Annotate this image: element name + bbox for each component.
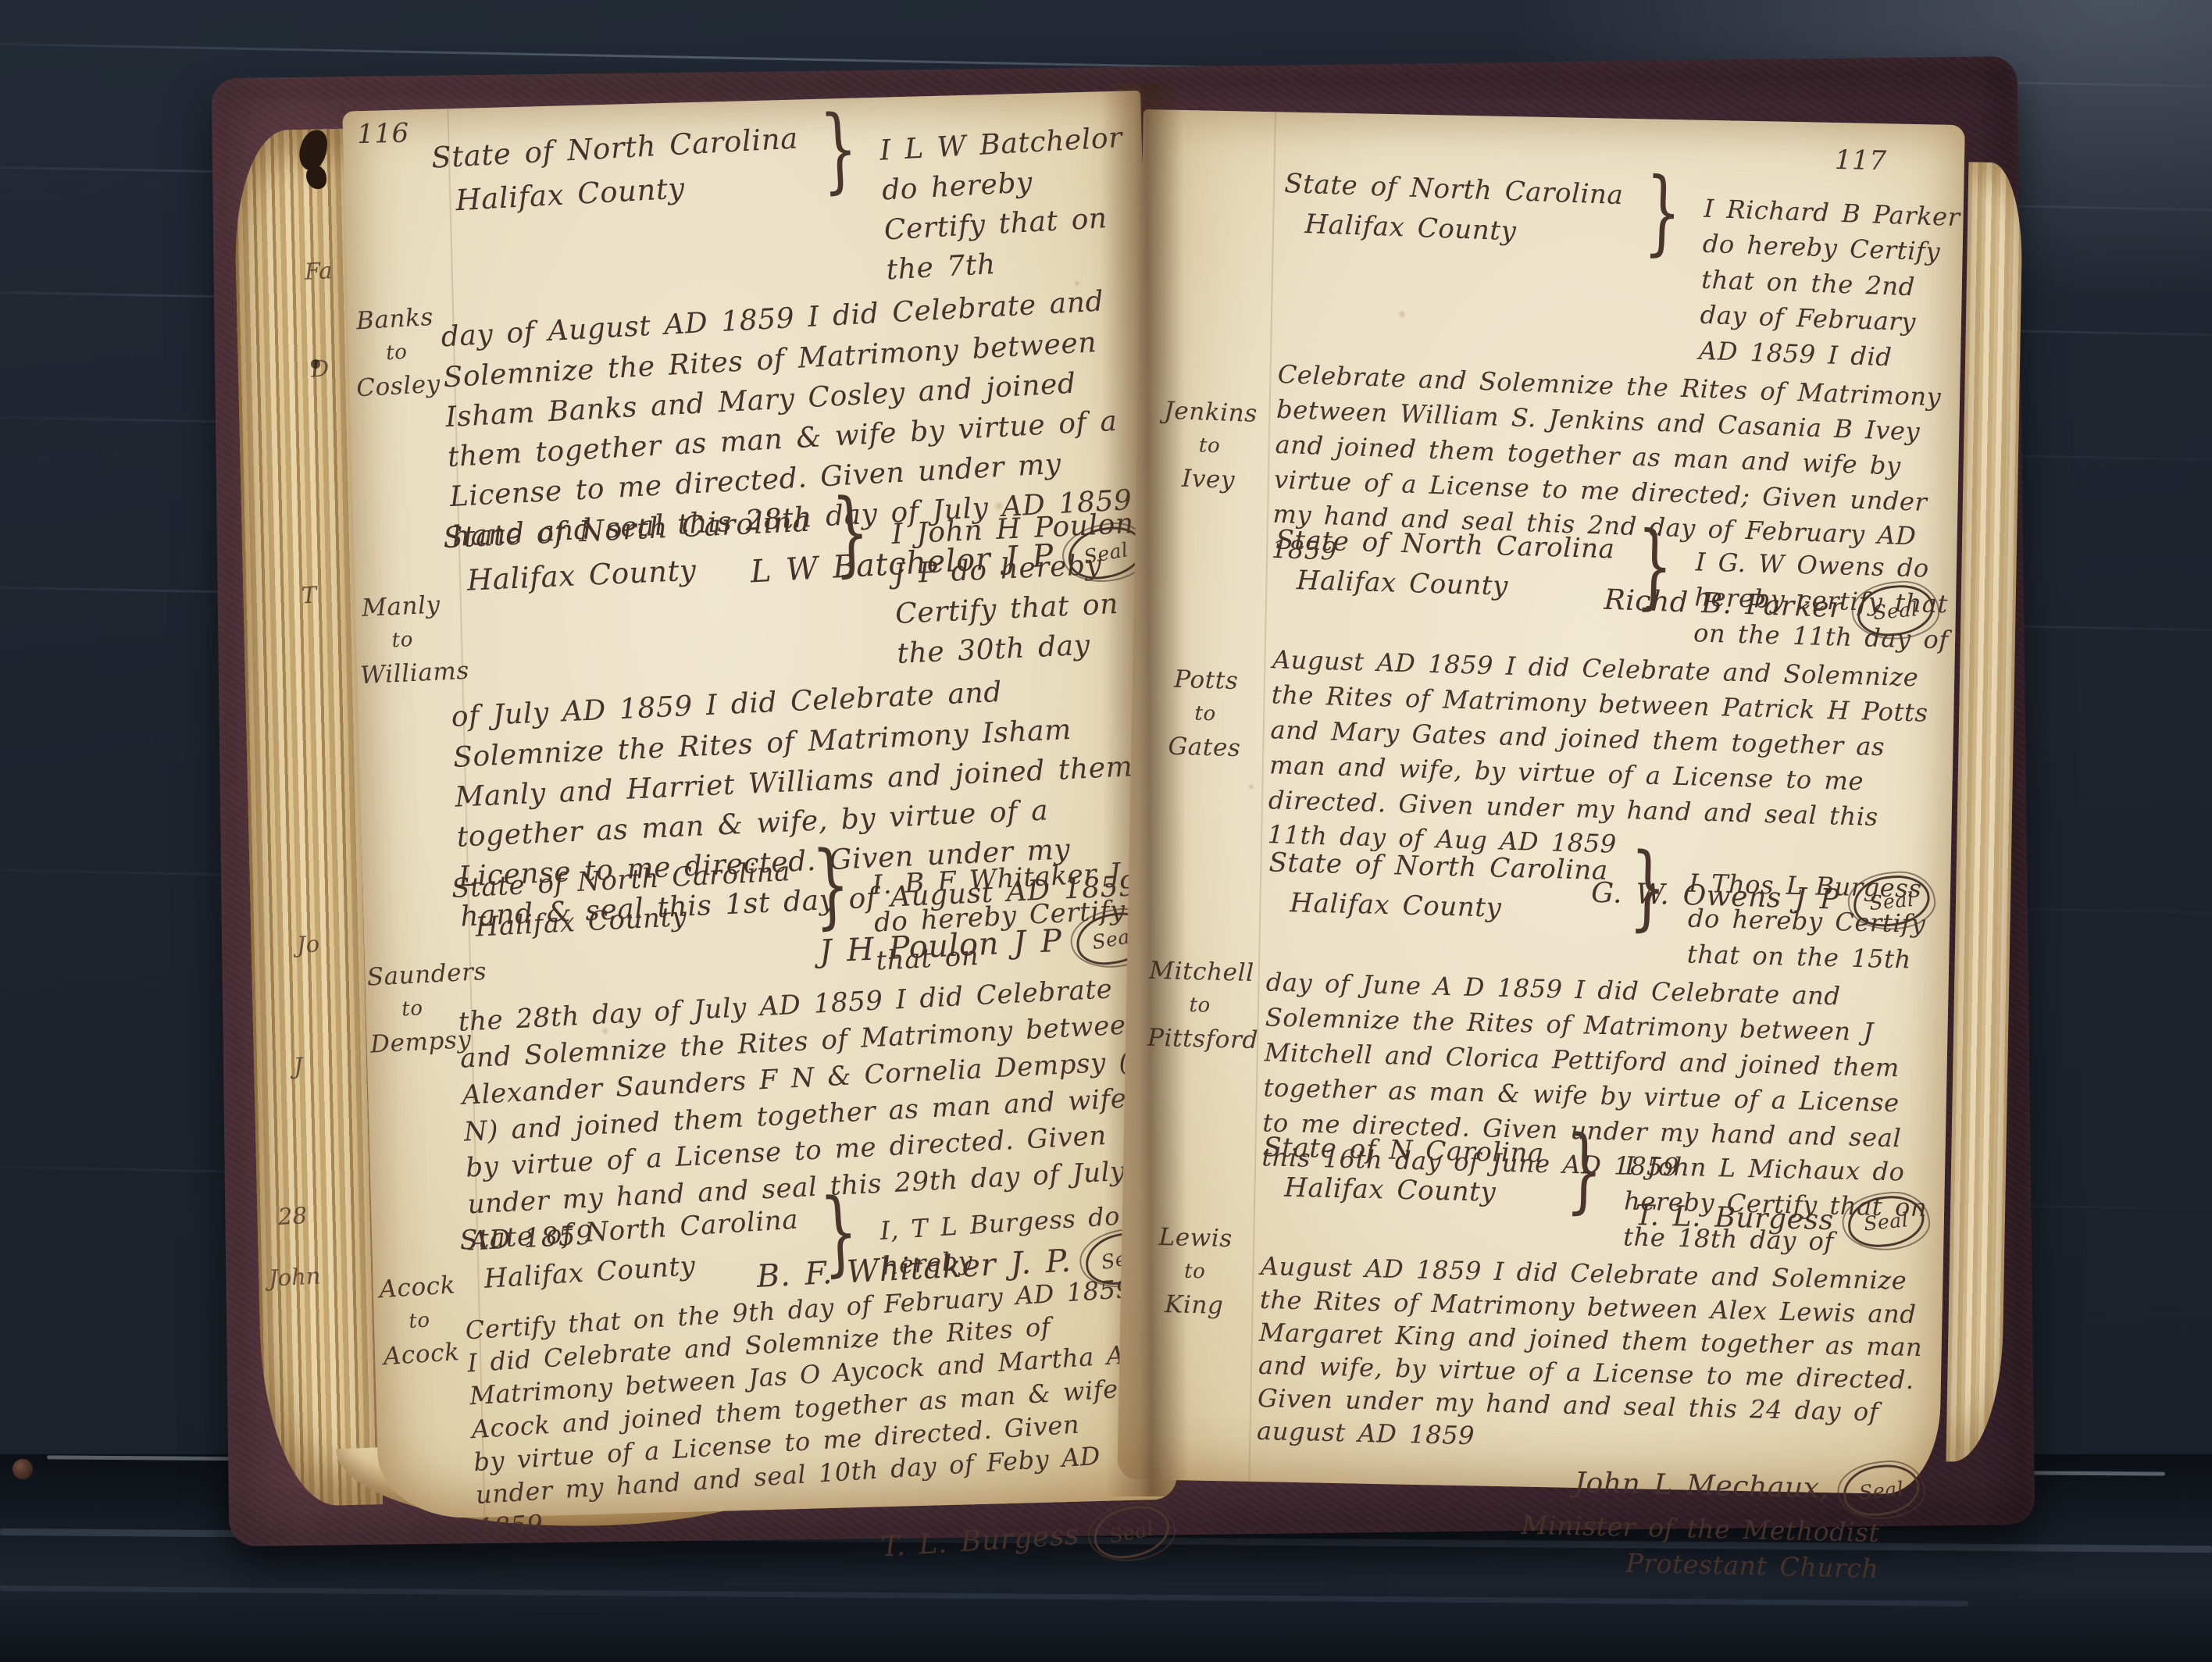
seal-label: Seal bbox=[1858, 1476, 1905, 1503]
signature: John L Mechaux, bbox=[1574, 1467, 1829, 1504]
record-opening: I John L Michaux do hereby Certify that … bbox=[1623, 1134, 1946, 1262]
margin-party2: Cosley bbox=[354, 366, 443, 406]
record-header: State of North Carolina Halifax County }… bbox=[1273, 519, 1959, 658]
margin-party2: Dempsy bbox=[369, 1022, 458, 1062]
page-number: 117 bbox=[1835, 144, 1887, 177]
edge-fragment: J bbox=[293, 1053, 303, 1080]
record-body: August AD 1859 I did Celebrate and Solem… bbox=[1257, 1250, 1925, 1463]
place-block: State of North Carolina Halifax County bbox=[451, 851, 794, 949]
edge-fragment: Fa bbox=[304, 257, 333, 285]
shelf-rivet bbox=[12, 1459, 33, 1479]
place-block: State of North Carolina Halifax County bbox=[442, 498, 813, 603]
place-block: State of North Carolina Halifax County bbox=[1268, 841, 1609, 931]
record-header: State of North Carolina Halifax County }… bbox=[442, 483, 1154, 694]
ink-blot bbox=[311, 359, 320, 369]
place-block: State of North Carolina Halifax County bbox=[1274, 519, 1615, 609]
margin-label: Saunders to Dempsy bbox=[366, 955, 459, 1062]
brace-glyph: } bbox=[819, 1192, 860, 1272]
margin-party2: Williams bbox=[359, 654, 448, 694]
signature: T. L. Burgess bbox=[880, 1519, 1080, 1564]
record-header: State of North Carolina Halifax County }… bbox=[430, 97, 1143, 315]
county-line: Halifax County bbox=[1268, 883, 1607, 931]
margin-connector: to bbox=[358, 623, 447, 658]
brace-glyph: } bbox=[1643, 172, 1682, 251]
margin-label: Banks to Cosley bbox=[350, 299, 443, 407]
record-header: State of North Carolina Halifax County }… bbox=[1267, 841, 1953, 979]
page-left: 116 Banks to Cosley State of North Carol… bbox=[342, 91, 1177, 1520]
ink-blot bbox=[306, 166, 326, 189]
book-gutter bbox=[1101, 83, 1188, 1496]
brace-glyph: } bbox=[1565, 1130, 1604, 1209]
page-right: 117 Jenkins to Ivey State of North Carol… bbox=[1117, 109, 1964, 1495]
margin-party1: Manly bbox=[356, 587, 445, 627]
record-header: State of North Carolina Halifax County }… bbox=[1279, 162, 1968, 378]
brace-glyph: } bbox=[1636, 526, 1675, 605]
brace-glyph: } bbox=[819, 109, 859, 189]
record-opening: I Thos L Burgess do hereby Certify that … bbox=[1686, 852, 1952, 979]
county-line: Halifax County bbox=[1262, 1168, 1544, 1214]
place-block: State of N Carolina Halifax County bbox=[1262, 1126, 1545, 1214]
margin-party1: Banks bbox=[350, 299, 439, 340]
margin-connector: to bbox=[352, 335, 441, 370]
record-body: August AD 1859 I did Celebrate and Solem… bbox=[1267, 643, 1936, 871]
record-opening: I G. W Owens do hereby certify that on t… bbox=[1693, 530, 1959, 658]
marriage-record: Acock to Acock State of North Carolina H… bbox=[365, 1175, 1185, 1603]
record-body: Certify that on the 9th day of February … bbox=[465, 1271, 1168, 1545]
seal-stamp: Seal bbox=[1841, 1461, 1922, 1518]
edge-fragment: John bbox=[268, 1262, 321, 1291]
record-opening: I Richard B Parker do hereby Certify tha… bbox=[1698, 177, 1967, 378]
brace-glyph: } bbox=[812, 844, 852, 925]
edge-fragment: T bbox=[301, 582, 317, 609]
place-block: State of North Carolina Halifax County bbox=[1283, 162, 1625, 255]
shelf-streak bbox=[0, 1585, 1968, 1607]
margin-party2: Acock bbox=[376, 1333, 466, 1375]
photo-scene: M Fa D Jo J T 28 John 116 Banks to Cosle… bbox=[0, 0, 2212, 1662]
edge-fragment: Jo bbox=[296, 930, 320, 958]
margin-party1: Saunders bbox=[366, 955, 455, 996]
margin-connector: to bbox=[368, 991, 457, 1026]
margin-label: Acock to Acock bbox=[373, 1267, 466, 1375]
state-line: State of N Carolina bbox=[1263, 1128, 1545, 1174]
margin-party1: Acock bbox=[373, 1267, 462, 1308]
record-header: State of N Carolina Halifax County } I J… bbox=[1261, 1126, 1946, 1262]
place-block: State of North Carolina Halifax County bbox=[430, 115, 801, 223]
margin-label: Manly to Williams bbox=[356, 587, 448, 694]
brace-glyph: } bbox=[1629, 847, 1667, 926]
edge-fragment: 28 bbox=[277, 1202, 308, 1230]
brace-glyph: } bbox=[831, 492, 871, 572]
marriage-record: Lewis to King State of N Carolina Halifa… bbox=[1115, 1123, 1946, 1589]
